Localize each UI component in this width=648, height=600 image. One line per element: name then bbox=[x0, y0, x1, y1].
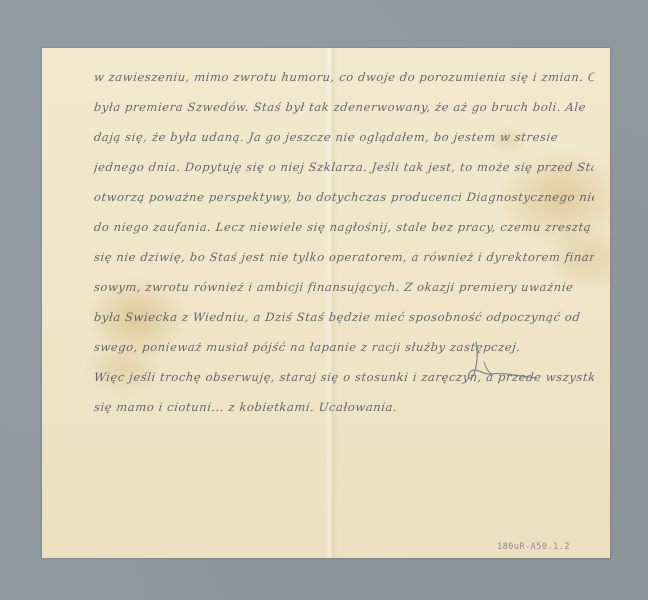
letter-line: do niego zaufania. Lecz niewiele się nag… bbox=[92, 212, 595, 242]
letter-line: jednego dnia. Dopytuję się o niej Szklar… bbox=[92, 152, 595, 182]
letter-line: się mamo i ciotuni... z kobietkami. Ucał… bbox=[92, 392, 595, 422]
letter-line: była premiera Szwedów. Staś był tak zden… bbox=[92, 92, 595, 122]
letter-line: sowym, zwrotu również i ambicji finansuj… bbox=[92, 272, 595, 302]
letter-line: otworzą poważne perspektywy, bo dotychcz… bbox=[92, 182, 595, 212]
letter-line: była Swiecka z Wiedniu, a Dziś Staś będz… bbox=[92, 302, 595, 332]
signature bbox=[462, 338, 542, 388]
signature-scrawl-icon bbox=[462, 338, 542, 388]
catalog-number: 180uR-A50.1.2 bbox=[497, 542, 570, 552]
letter-line: w zawieszeniu, mimo zwrotu humoru, co dw… bbox=[92, 62, 595, 92]
letter-line: dają się, że była udaną. Ja go jeszcze n… bbox=[92, 122, 595, 152]
letter-line: się nie dziwię, bo Staś jest nie tylko o… bbox=[92, 242, 595, 272]
letter-paper: w zawieszeniu, mimo zwrotu humoru, co dw… bbox=[42, 48, 610, 558]
